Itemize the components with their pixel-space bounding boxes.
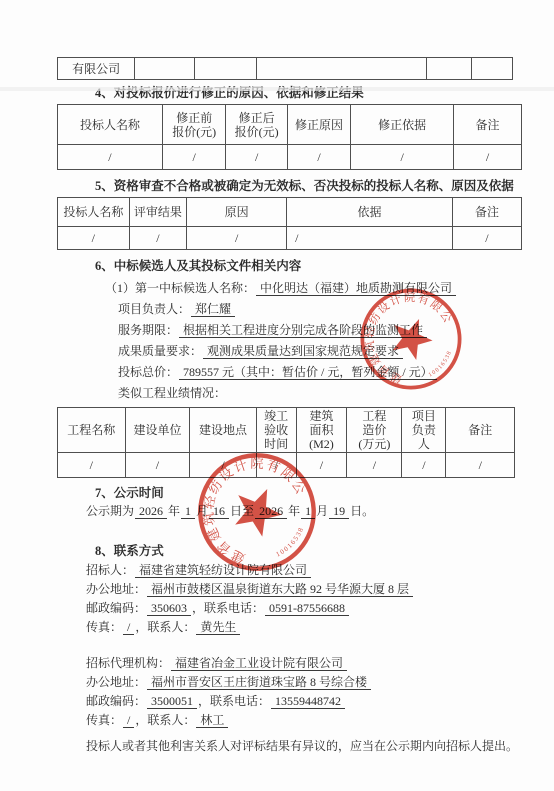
agency-fax-contact-line: 传真：/，联系人：林工 bbox=[86, 713, 522, 727]
field-value: 福州市鼓楼区温泉街道东大路 92 号华源大厦 8 层 bbox=[147, 582, 413, 597]
field-label: 项目负责人： bbox=[118, 302, 190, 316]
field-value: / bbox=[123, 620, 134, 635]
table-cell: / bbox=[58, 227, 130, 250]
table-cell: / bbox=[351, 145, 454, 170]
publicity-period-line: 公示期为2026年1月16日至2026年1月19日。 bbox=[86, 504, 522, 518]
table-cell: / bbox=[58, 145, 163, 170]
section-7-heading: 7、公示时间 bbox=[95, 486, 522, 500]
column-header: 依据 bbox=[287, 198, 453, 227]
tenderer-postcode-phone-line: 邮政编码：350603，联系电话：0591-87556688 bbox=[86, 601, 522, 615]
table-cell: / bbox=[454, 145, 522, 170]
table-cell: / bbox=[190, 453, 256, 478]
field-value: 350603 bbox=[147, 601, 191, 616]
field-value: 中化明达（福建）地质勘测有限公司 bbox=[256, 281, 456, 296]
table-cell: / bbox=[256, 453, 296, 478]
table-cell: / bbox=[58, 453, 126, 478]
header-row: 投标人名称评审结果原因依据备注 bbox=[58, 198, 522, 227]
table-cell: / bbox=[452, 227, 521, 250]
field-label: 日至 bbox=[230, 504, 254, 518]
bid-total-price-line: 投标总价：789557 元（其中：暂估价 / 元，暂列金额 / 元） bbox=[118, 365, 522, 379]
document-page: 有限公司 4、对投标报价进行修正的原因、依据和修正结果 投标人名称修正前 报价(… bbox=[0, 0, 554, 791]
column-header: 备注 bbox=[446, 408, 515, 453]
field-label: 传真： bbox=[86, 713, 122, 727]
agency-address-line: 办公地址：福州市晋安区王庄街道珠宝路 8 号综合楼 bbox=[86, 675, 522, 689]
tenderer-line: 招标人：福建省建筑轻纺设计院有限公司 bbox=[86, 563, 522, 577]
column-header: 工程 造价 (万元) bbox=[347, 408, 402, 453]
table-cell: / bbox=[162, 145, 226, 170]
table-cell: / bbox=[402, 453, 446, 478]
agency-line: 招标代理机构：福建省冶金工业设计院有限公司 bbox=[86, 656, 522, 670]
header-row: 工程名称建设单位建设地点竣工 验收 时间建筑 面积 (M2)工程 造价 (万元)… bbox=[58, 408, 515, 453]
field-label: （1）第一中标候选人名称： bbox=[105, 281, 255, 295]
column-header: 修正原因 bbox=[287, 105, 351, 145]
table-cell bbox=[426, 58, 472, 80]
table-cell: / bbox=[287, 145, 351, 170]
field-label: 成果质量要求： bbox=[118, 344, 202, 358]
tenderer-address-line: 办公地址：福州市鼓楼区温泉街道东大路 92 号华源大厦 8 层 bbox=[86, 582, 522, 596]
field-value: 郑仁耀 bbox=[191, 302, 235, 317]
column-header: 备注 bbox=[454, 105, 522, 145]
similar-projects-table: 工程名称建设单位建设地点竣工 验收 时间建筑 面积 (M2)工程 造价 (万元)… bbox=[57, 407, 515, 478]
field-value: / bbox=[123, 713, 134, 728]
field-value: 福州市晋安区王庄街道珠宝路 8 号综合楼 bbox=[147, 675, 371, 690]
section-6-heading: 6、中标候选人及其投标文件相关内容 bbox=[95, 259, 522, 273]
project-manager-line: 项目负责人：郑仁耀 bbox=[118, 302, 522, 316]
table-cell bbox=[257, 58, 426, 80]
column-header: 项目 负责 人 bbox=[402, 408, 446, 453]
column-header: 评审结果 bbox=[129, 198, 187, 227]
field-label: ，联系电话： bbox=[192, 601, 264, 615]
table-cell: / bbox=[347, 453, 402, 478]
field-value: 789557 元（其中：暂估价 / 元，暂列金额 / 元） bbox=[179, 365, 437, 380]
column-header: 建筑 面积 (M2) bbox=[296, 408, 347, 453]
table-cell: / bbox=[129, 227, 187, 250]
field-label: 服务期限： bbox=[118, 323, 178, 337]
similar-projects-label: 类似工程业绩情况： bbox=[118, 386, 522, 400]
field-value: 19 bbox=[329, 504, 349, 519]
table-cell: / bbox=[446, 453, 515, 478]
field-label: 招标人： bbox=[86, 563, 134, 577]
field-label: ，联系人： bbox=[135, 713, 195, 727]
column-header: 修正后 报价(元) bbox=[226, 105, 287, 145]
header-row: 投标人名称修正前 报价(元)修正后 报价(元)修正原因修正依据备注 bbox=[58, 105, 522, 145]
objection-note: 投标人或者其他利害关系人对评标结果有异议的，应当在公示期内向招标人提出。 bbox=[86, 739, 522, 753]
field-label: 公示期为 bbox=[86, 504, 134, 518]
field-value: 观测成果质量达到国家规范规定要求 bbox=[203, 344, 403, 359]
table-row: ///// bbox=[58, 227, 522, 250]
field-value: 林工 bbox=[196, 713, 228, 728]
field-value: 1 bbox=[301, 504, 315, 519]
scan-artifact-band bbox=[0, 87, 554, 91]
table-row: ////// bbox=[58, 145, 522, 170]
field-label: 年 bbox=[168, 504, 180, 518]
field-label: 投标总价： bbox=[118, 365, 178, 379]
field-label: ，联系电话： bbox=[198, 694, 270, 708]
field-label: 日。 bbox=[350, 504, 374, 518]
column-header: 修正前 报价(元) bbox=[162, 105, 226, 145]
field-label: 招标代理机构： bbox=[86, 656, 170, 670]
agency-postcode-phone-line: 邮政编码：3500051，联系电话：13559448742 bbox=[86, 694, 522, 708]
field-label: 办公地址： bbox=[86, 582, 146, 596]
column-header: 备注 bbox=[452, 198, 521, 227]
table-row: 有限公司 bbox=[58, 58, 513, 80]
field-label: 邮政编码： bbox=[86, 694, 146, 708]
section-5-heading: 5、资格审查不合格或被确定为无效标、否决投标的投标人名称、原因及依据 bbox=[95, 179, 522, 193]
price-correction-table: 投标人名称修正前 报价(元)修正后 报价(元)修正原因修正依据备注////// bbox=[57, 104, 522, 170]
field-label: 办公地址： bbox=[86, 675, 146, 689]
column-header: 修正依据 bbox=[351, 105, 454, 145]
table-cell bbox=[195, 58, 257, 80]
column-header: 工程名称 bbox=[58, 408, 126, 453]
tenderer-fax-contact-line: 传真：/，联系人：黄先生 bbox=[86, 620, 522, 634]
disqualified-bidders-table: 投标人名称评审结果原因依据备注///// bbox=[57, 197, 522, 250]
column-header: 建设单位 bbox=[125, 408, 190, 453]
table-cell: / bbox=[187, 227, 287, 250]
service-period-line: 服务期限：根据相关工程进度分别完成各阶段的监测工作 bbox=[118, 323, 522, 337]
field-label: 月 bbox=[316, 504, 328, 518]
column-header: 原因 bbox=[187, 198, 287, 227]
table-cell: 有限公司 bbox=[58, 58, 135, 80]
field-label: 年 bbox=[288, 504, 300, 518]
field-label: 传真： bbox=[86, 620, 122, 634]
field-label: 月 bbox=[196, 504, 208, 518]
table-cell: / bbox=[226, 145, 287, 170]
column-header: 竣工 验收 时间 bbox=[256, 408, 296, 453]
column-header: 建设地点 bbox=[190, 408, 256, 453]
field-value: 福建省冶金工业设计院有限公司 bbox=[171, 656, 347, 671]
field-label: 邮政编码： bbox=[86, 601, 146, 615]
field-value: 1 bbox=[181, 504, 195, 519]
column-header: 投标人名称 bbox=[58, 198, 130, 227]
field-value: 福建省建筑轻纺设计院有限公司 bbox=[135, 563, 311, 578]
column-header: 投标人名称 bbox=[58, 105, 163, 145]
table-row: //////// bbox=[58, 453, 515, 478]
table-cell bbox=[472, 58, 513, 80]
field-label: ，联系人： bbox=[135, 620, 195, 634]
continuation-table: 有限公司 bbox=[57, 57, 513, 80]
section-8-heading: 8、联系方式 bbox=[95, 544, 522, 558]
first-candidate-line: （1）第一中标候选人名称：中化明达（福建）地质勘测有限公司 bbox=[105, 281, 522, 295]
field-value: 0591-87556688 bbox=[265, 601, 349, 616]
quality-requirement-line: 成果质量要求：观测成果质量达到国家规范规定要求 bbox=[118, 344, 522, 358]
field-value: 2026 bbox=[135, 504, 167, 519]
table-cell: / bbox=[287, 227, 453, 250]
field-value: 根据相关工程进度分别完成各阶段的监测工作 bbox=[179, 323, 427, 338]
field-label: 类似工程业绩情况： bbox=[118, 386, 226, 400]
field-value: 2026 bbox=[255, 504, 287, 519]
table-cell: / bbox=[125, 453, 190, 478]
field-value: 3500051 bbox=[147, 694, 197, 709]
field-value: 16 bbox=[209, 504, 229, 519]
table-cell: / bbox=[296, 453, 347, 478]
field-value: 黄先生 bbox=[196, 620, 240, 635]
table-cell bbox=[135, 58, 195, 80]
field-value: 13559448742 bbox=[271, 694, 345, 709]
